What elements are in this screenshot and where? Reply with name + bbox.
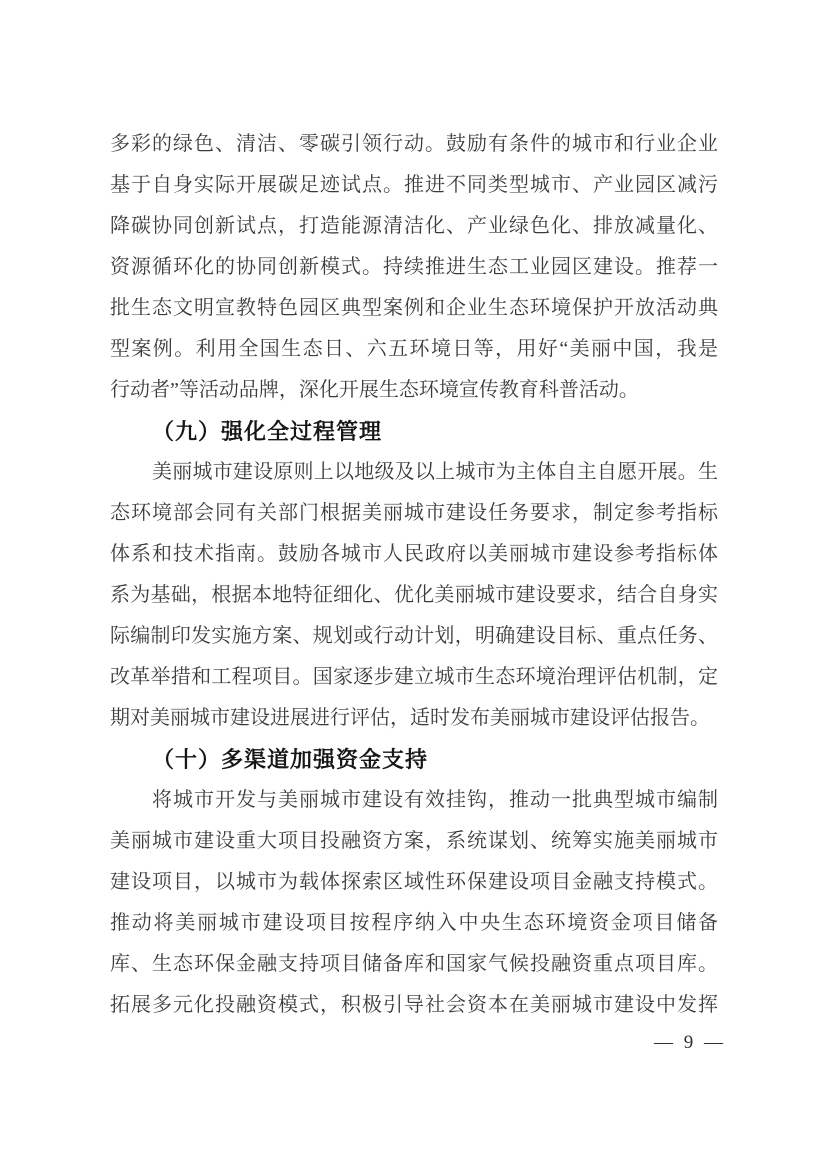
text-line: 库、生态环保金融支持项目储备库和国家气候投融资重点项目库。 <box>110 944 718 985</box>
text-line: 体系和技术指南。鼓励各城市人民政府以美丽城市建设参考指标体 <box>110 534 718 575</box>
section-heading: （十）多渠道加强资金支持 <box>110 739 718 780</box>
text-line: 建设项目，以城市为载体探索区域性环保建设项目金融支持模式。 <box>110 862 718 903</box>
text-line: 系为基础，根据本地特征细化、优化美丽城市建设要求，结合自身实 <box>110 575 718 616</box>
text-line: 态环境部会同有关部门根据美丽城市建设任务要求，制定参考指标 <box>110 493 718 534</box>
text-line: 期对美丽城市建设进展进行评估，适时发布美丽城市建设评估报告。 <box>110 698 718 739</box>
text-line: 将城市开发与美丽城市建设有效挂钩，推动一批典型城市编制 <box>110 780 718 821</box>
text-line: 美丽城市建设重大项目投融资方案，系统谋划、统筹实施美丽城市 <box>110 821 718 862</box>
section-heading: （九）强化全过程管理 <box>110 411 718 452</box>
text-line: 多彩的绿色、清洁、零碳引领行动。鼓励有条件的城市和行业企业 <box>110 124 718 165</box>
text-line: 基于自身实际开展碳足迹试点。推进不同类型城市、产业园区减污 <box>110 165 718 206</box>
document-body: 多彩的绿色、清洁、零碳引领行动。鼓励有条件的城市和行业企业基于自身实际开展碳足迹… <box>110 124 718 1026</box>
text-line: 批生态文明宣教特色园区典型案例和企业生态环境保护开放活动典 <box>110 288 718 329</box>
text-line: 拓展多元化投融资模式，积极引导社会资本在美丽城市建设中发挥 <box>110 985 718 1026</box>
text-line: 行动者”等活动品牌，深化开展生态环境宣传教育科普活动。 <box>110 370 718 411</box>
text-line: 型案例。利用全国生态日、六五环境日等，用好“美丽中国，我是 <box>110 329 718 370</box>
text-line: 改革举措和工程项目。国家逐步建立城市生态环境治理评估机制，定 <box>110 657 718 698</box>
text-line: 际编制印发实施方案、规划或行动计划，明确建设目标、重点任务、 <box>110 616 718 657</box>
text-line: 降碳协同创新试点，打造能源清洁化、产业绿色化、排放减量化、 <box>110 206 718 247</box>
text-line: 资源循环化的协同创新模式。持续推进生态工业园区建设。推荐一 <box>110 247 718 288</box>
text-line: 美丽城市建设原则上以地级及以上城市为主体自主自愿开展。生 <box>110 452 718 493</box>
text-line: 推动将美丽城市建设项目按程序纳入中央生态环境资金项目储备 <box>110 903 718 944</box>
document-page: 多彩的绿色、清洁、零碳引领行动。鼓励有条件的城市和行业企业基于自身实际开展碳足迹… <box>0 0 826 1169</box>
page-number: — 9 — <box>654 1028 726 1058</box>
